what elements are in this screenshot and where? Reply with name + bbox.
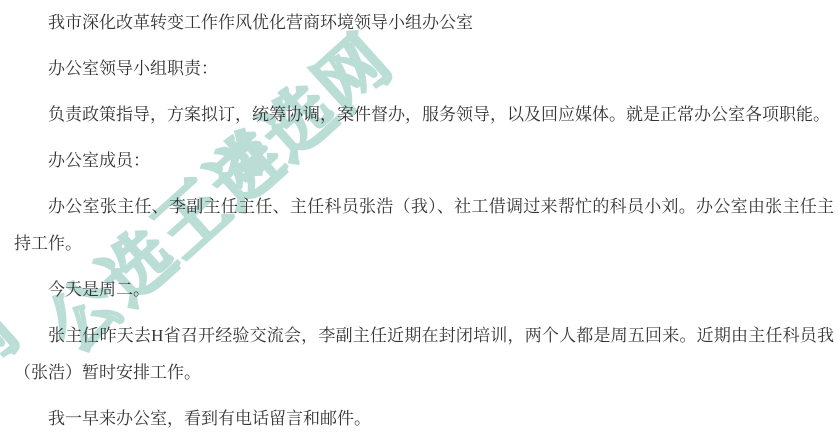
paragraph-members-label: 办公室成员： [14,142,834,179]
paragraph-duties-label: 办公室领导小组职责： [14,50,834,87]
paragraph-morning-text: 我一早来办公室，看到有电话留言和邮件。 [14,400,834,437]
document-page: 公选王遴选网 网 我市深化改革转变工作作风优化营商环境领导小组办公室 办公室领导… [0,0,838,438]
paragraph-doc-title: 我市深化改革转变工作作风优化营商环境领导小组办公室 [14,4,834,41]
paragraph-situation-text: 张主任昨天去H省召开经验交流会，李副主任近期在封闭培训，两个人都是周五回来。近期… [14,317,834,391]
paragraph-duties-text: 负责政策指导，方案拟订，统筹协调，案件督办，服务领导，以及回应媒体。就是正常办公… [14,96,834,133]
paragraph-members-text: 办公室张主任、李副主任主任、主任科员张浩（我）、社工借调过来帮忙的科员小刘。办公… [14,188,834,262]
paragraph-date-line: 今天是周二。 [14,271,834,308]
document-content: 我市深化改革转变工作作风优化营商环境领导小组办公室 办公室领导小组职责： 负责政… [0,0,838,437]
